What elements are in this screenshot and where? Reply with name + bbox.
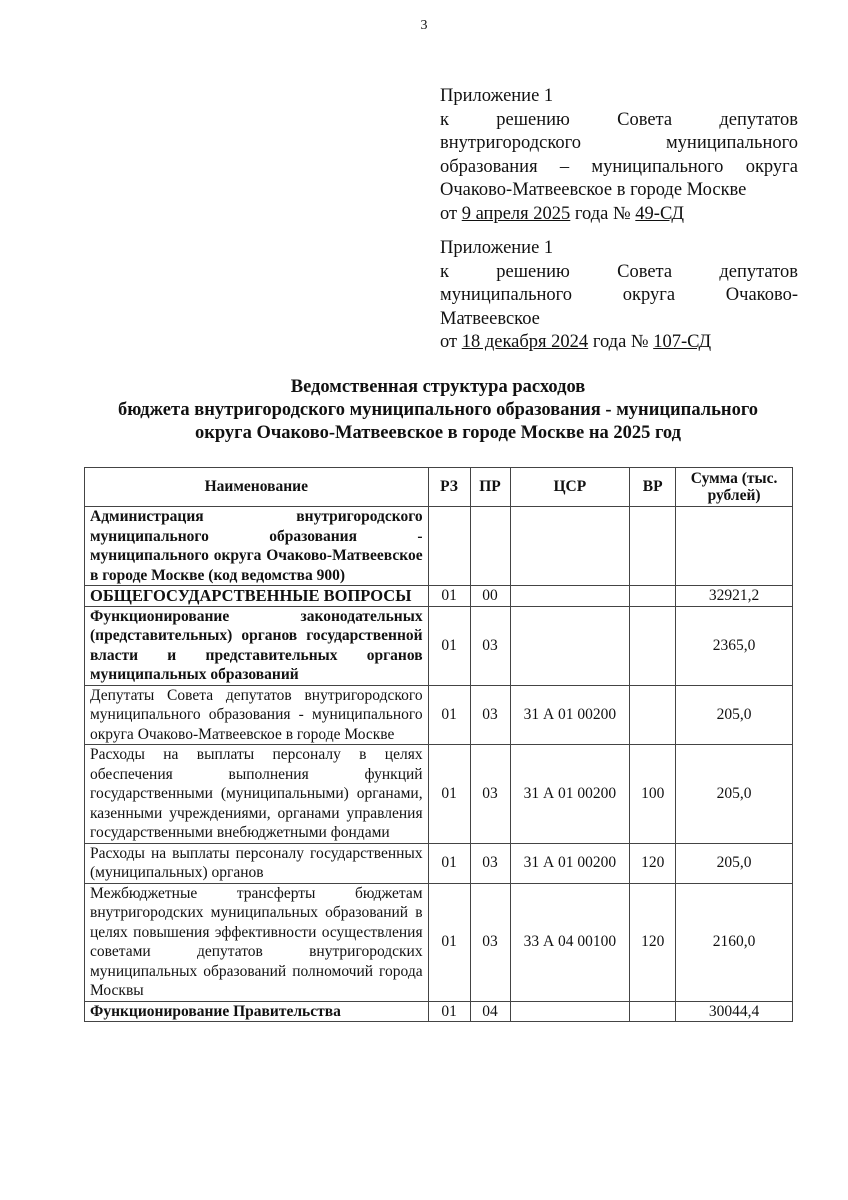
table-row: Межбюджетные трансферты бюджетам внутриг…	[85, 883, 793, 1001]
header-csr: ЦСР	[510, 468, 630, 507]
appendix-line: Очаково-Матвеевское в городе Москве	[440, 179, 798, 203]
row-pr: 03	[470, 606, 510, 685]
header-rz: РЗ	[428, 468, 470, 507]
row-name: Межбюджетные трансферты бюджетам внутриг…	[85, 883, 429, 1001]
row-sum: 2365,0	[676, 606, 793, 685]
row-vr: 120	[630, 843, 676, 883]
row-name: Расходы на выплаты персоналу в целях обе…	[85, 745, 429, 844]
table-header-row: Наименование РЗ ПР ЦСР ВР Сумма (тыс. ру…	[85, 468, 793, 507]
page-number: 3	[0, 18, 848, 34]
date-mid: года №	[588, 332, 653, 352]
date-prefix: от	[440, 332, 462, 352]
appendix-line: образования – муниципального округа	[440, 156, 798, 180]
row-rz: 01	[428, 745, 470, 844]
row-name: Депутаты Совета депутатов внутригородско…	[85, 685, 429, 745]
row-csr	[510, 507, 630, 586]
row-sum: 205,0	[676, 843, 793, 883]
row-csr	[510, 1001, 630, 1022]
header-sum: Сумма (тыс. рублей)	[676, 468, 793, 507]
row-rz: 01	[428, 606, 470, 685]
appendix-current-reference: Приложение 1 к решению Совета депутатов …	[440, 85, 798, 226]
row-rz: 01	[428, 586, 470, 607]
row-pr: 00	[470, 586, 510, 607]
appendix-date-line: от 9 апреля 2025 года № 49-СД	[440, 203, 798, 227]
appendix-line: Приложение 1	[440, 85, 798, 109]
appendix-line: муниципального округа Очаково-	[440, 284, 798, 308]
row-name: ОБЩЕГОСУДАРСТВЕННЫЕ ВОПРОСЫ	[85, 586, 429, 607]
appendix-line: к решению Совета депутатов	[440, 109, 798, 133]
appendix-line: к решению Совета депутатов	[440, 261, 798, 285]
table-row: ОБЩЕГОСУДАРСТВЕННЫЕ ВОПРОСЫ 01 00 32921,…	[85, 586, 793, 607]
title-line: округа Очаково-Матвеевское в городе Моск…	[84, 422, 792, 445]
expenditure-structure-table: Наименование РЗ ПР ЦСР ВР Сумма (тыс. ру…	[84, 467, 793, 1022]
row-csr	[510, 586, 630, 607]
row-sum: 205,0	[676, 745, 793, 844]
row-name: Расходы на выплаты персоналу государстве…	[85, 843, 429, 883]
row-vr	[630, 1001, 676, 1022]
row-pr: 03	[470, 745, 510, 844]
decision-date: 9 апреля 2025	[462, 204, 571, 224]
row-vr	[630, 685, 676, 745]
decision-number: 49-СД	[635, 204, 684, 224]
row-vr: 100	[630, 745, 676, 844]
row-pr: 03	[470, 843, 510, 883]
table-row: Расходы на выплаты персоналу в целях обе…	[85, 745, 793, 844]
header-name: Наименование	[85, 468, 429, 507]
row-vr	[630, 586, 676, 607]
table-row: Депутаты Совета депутатов внутригородско…	[85, 685, 793, 745]
table-row: Функционирование законодательных (предст…	[85, 606, 793, 685]
row-vr: 120	[630, 883, 676, 1001]
row-name: Администрация внутригородского муниципал…	[85, 507, 429, 586]
row-sum: 32921,2	[676, 586, 793, 607]
row-csr	[510, 606, 630, 685]
row-csr: 31 А 01 00200	[510, 745, 630, 844]
header-vr: ВР	[630, 468, 676, 507]
table-row: Администрация внутригородского муниципал…	[85, 507, 793, 586]
row-sum: 205,0	[676, 685, 793, 745]
row-csr: 33 А 04 00100	[510, 883, 630, 1001]
row-rz: 01	[428, 1001, 470, 1022]
appendix-line: Матвеевское	[440, 308, 798, 332]
row-rz: 01	[428, 685, 470, 745]
header-pr: ПР	[470, 468, 510, 507]
document-title: Ведомственная структура расходов бюджета…	[84, 376, 792, 445]
title-line: Ведомственная структура расходов	[84, 376, 792, 399]
appendix-line: Приложение 1	[440, 237, 798, 261]
row-sum: 2160,0	[676, 883, 793, 1001]
row-name: Функционирование законодательных (предст…	[85, 606, 429, 685]
row-csr: 31 А 01 00200	[510, 685, 630, 745]
title-line: бюджета внутригородского муниципального …	[84, 399, 792, 422]
table-row: Функционирование Правительства 01 04 300…	[85, 1001, 793, 1022]
decision-number: 107-СД	[653, 332, 711, 352]
row-pr	[470, 507, 510, 586]
row-rz: 01	[428, 883, 470, 1001]
row-name: Функционирование Правительства	[85, 1001, 429, 1022]
row-sum: 30044,4	[676, 1001, 793, 1022]
row-rz: 01	[428, 843, 470, 883]
row-pr: 03	[470, 685, 510, 745]
row-csr: 31 А 01 00200	[510, 843, 630, 883]
date-prefix: от	[440, 204, 462, 224]
row-vr	[630, 507, 676, 586]
appendix-previous-reference: Приложение 1 к решению Совета депутатов …	[440, 237, 798, 355]
decision-date: 18 декабря 2024	[462, 332, 588, 352]
appendix-line: внутригородского муниципального	[440, 132, 798, 156]
date-mid: года №	[570, 204, 635, 224]
row-vr	[630, 606, 676, 685]
row-pr: 04	[470, 1001, 510, 1022]
table-row: Расходы на выплаты персоналу государстве…	[85, 843, 793, 883]
row-pr: 03	[470, 883, 510, 1001]
appendix-date-line: от 18 декабря 2024 года № 107-СД	[440, 331, 798, 355]
row-rz	[428, 507, 470, 586]
row-sum	[676, 507, 793, 586]
